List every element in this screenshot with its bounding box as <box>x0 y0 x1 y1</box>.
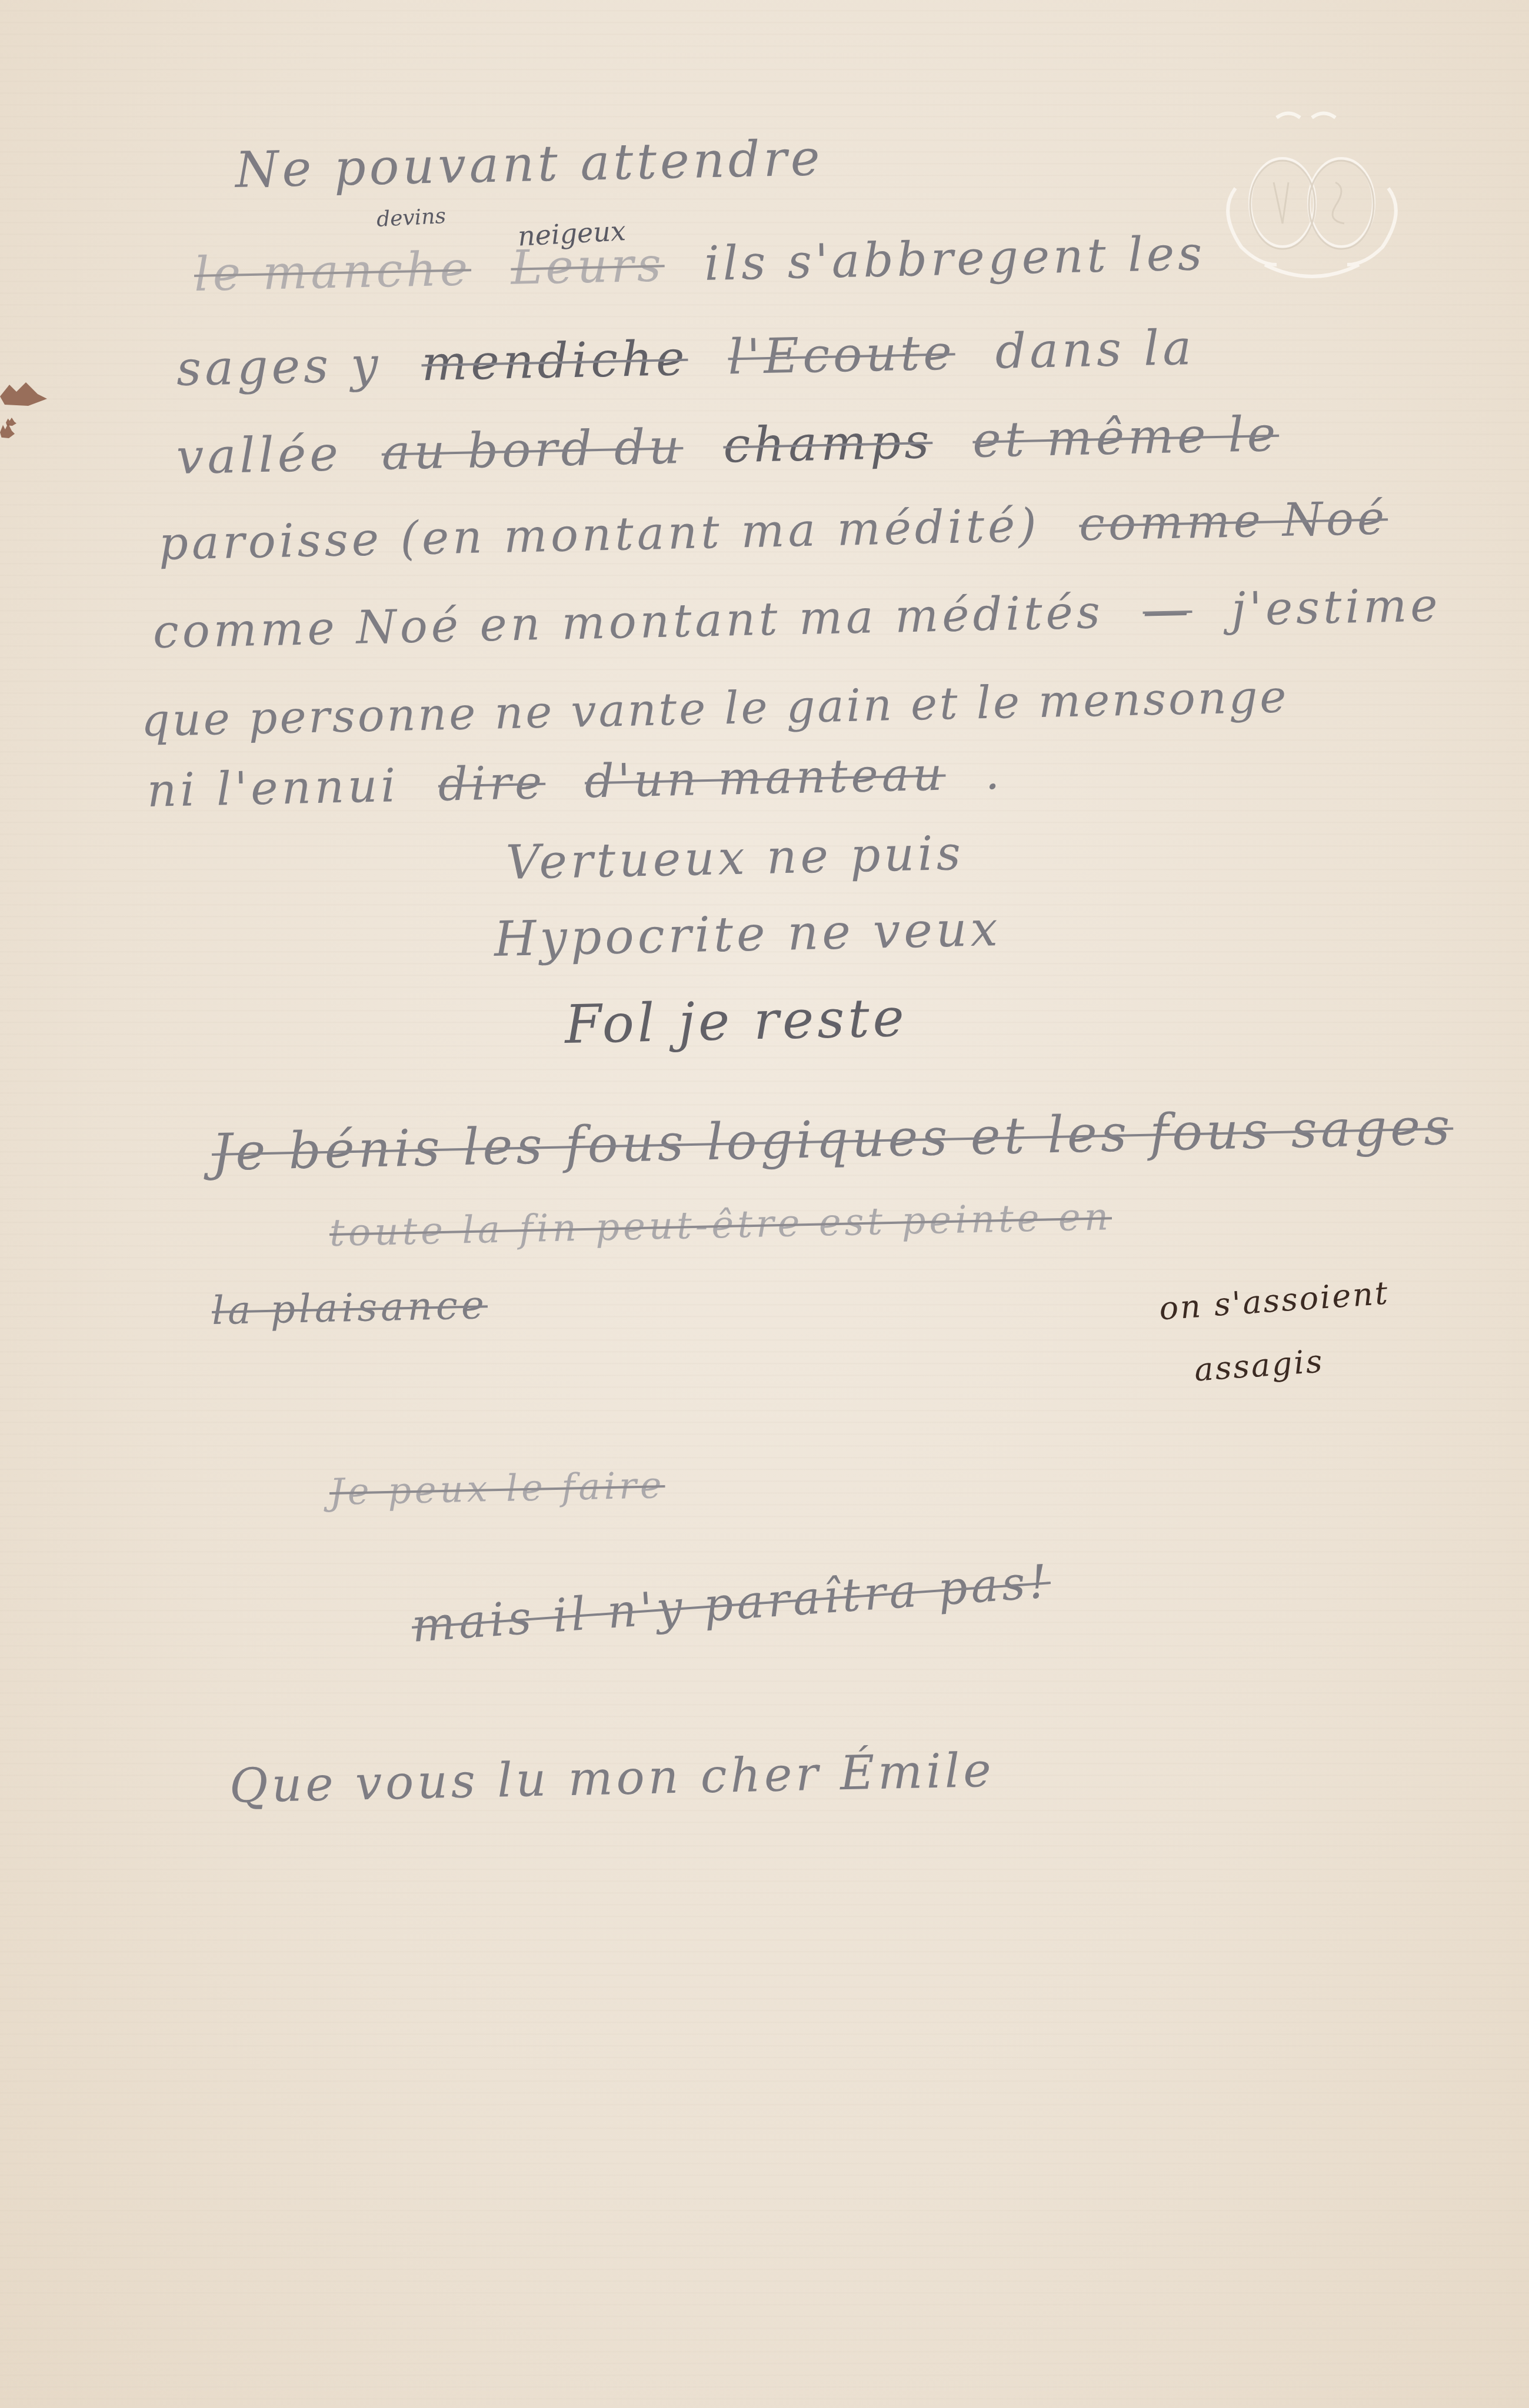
line-segment: ni l'ennui <box>146 759 399 818</box>
struck-segment: et même le <box>972 406 1280 469</box>
line-segment: que personne ne vante le gain et le mens… <box>141 670 1289 746</box>
manuscript-line: que personne ne vante le gain et le mens… <box>141 669 1310 746</box>
manuscript-page: devins neigeux Ne pouvant attendre le ma… <box>0 0 1529 2408</box>
line-segment: j'estime <box>1231 579 1441 636</box>
struck-line: la plaisance <box>211 1282 488 1333</box>
struck-segment: au bord du <box>381 419 684 481</box>
manuscript-line: Ne pouvant attendre <box>235 128 845 199</box>
manuscript-line: Que vous lu mon cher Émile <box>229 1743 995 1813</box>
ink-annotation-line: on s'assoient <box>1158 1274 1390 1327</box>
manuscript-line: ni l'ennui dire d'un manteau . <box>146 746 1025 818</box>
line-segment: sages y <box>176 337 382 397</box>
struck-segment: mendiche <box>421 331 688 392</box>
manuscript-line: le manche Leurs ils s'abbregent les <box>194 225 1227 302</box>
ink-stain-mark <box>0 382 47 406</box>
struck-segment: comme Noé <box>1078 492 1388 551</box>
verse-line: Hypocrite ne veux <box>494 901 1002 968</box>
line-segment: vallée <box>176 426 342 485</box>
line-segment: Ne pouvant attendre <box>235 129 824 199</box>
line-segment: dans la <box>995 320 1195 380</box>
embossed-seal-icon <box>1194 94 1418 294</box>
line-segment: ils s'abbregent les <box>704 226 1206 291</box>
manuscript-line: vallée au bord du champs et même le <box>176 406 1301 485</box>
struck-segment: — <box>1142 584 1193 638</box>
manuscript-line: sages y mendiche l'Ecoute dans la <box>176 319 1217 397</box>
interlinear-word: devins <box>376 204 447 232</box>
verse-line: Vertueux ne puis <box>505 826 965 890</box>
manuscript-line: paroisse (en montant ma médité) comme No… <box>158 491 1410 570</box>
ink-stain-mark <box>6 418 16 426</box>
line-segment: paroisse (en montant ma médité) <box>158 499 1040 571</box>
struck-segment: le manche <box>194 241 472 302</box>
struck-segment: dire <box>438 756 546 812</box>
verse-line-emphasis: Fol je reste <box>564 987 908 1056</box>
ink-stain-mark <box>0 423 15 438</box>
ink-annotation-line: assagis <box>1193 1342 1325 1388</box>
struck-line: mais il n'y paraîtra pas! <box>410 1555 1052 1653</box>
manuscript-line: comme Noé en montant ma médités — j'esti… <box>152 578 1463 659</box>
struck-line: Je bénis les fous logiques et les fous s… <box>211 1098 1454 1182</box>
struck-segment: Leurs <box>510 237 665 295</box>
line-segment: comme Noé en montant ma médités <box>152 586 1104 659</box>
struck-segment: l'Ecoute <box>728 325 956 385</box>
struck-line: toute la fin peut-être est peinte en <box>329 1195 1112 1255</box>
struck-segment: champs <box>722 413 933 473</box>
line-segment: . <box>984 747 1004 801</box>
struck-line: Je peux le faire <box>329 1463 665 1513</box>
struck-segment: d'un manteau <box>584 748 946 809</box>
